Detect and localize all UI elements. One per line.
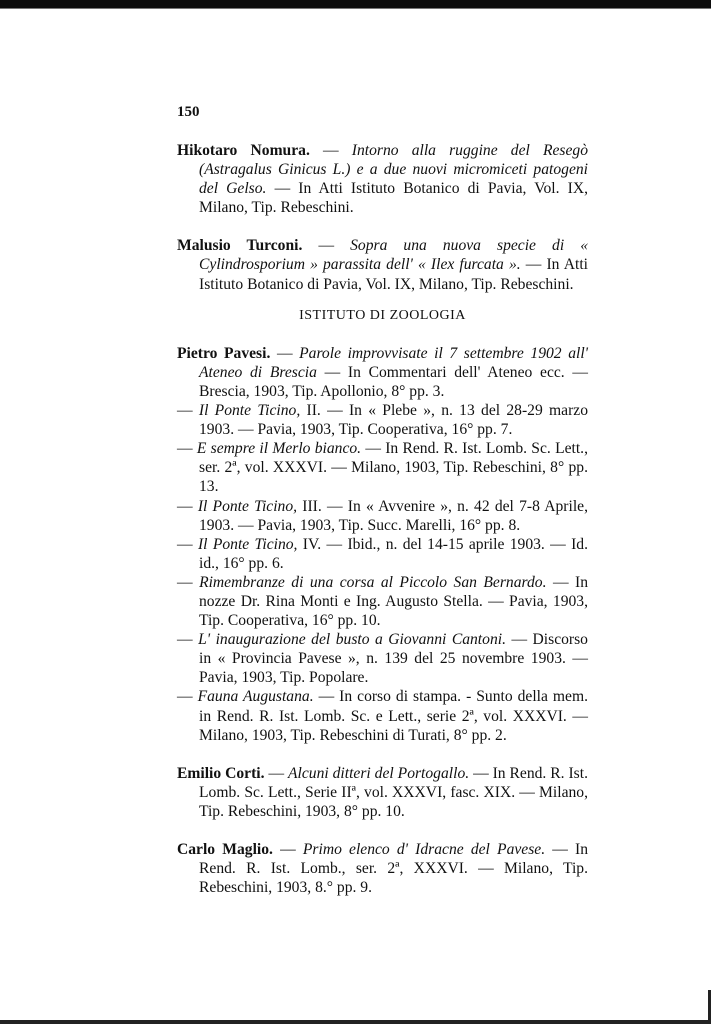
bibliography-entry: Emilio Corti. — Alcuni ditteri del Porto…	[177, 764, 588, 821]
entry-author: Hikotaro Nomura.	[177, 142, 310, 159]
entry-title: Fauna Augustana.	[198, 688, 314, 705]
entry-author: Malusio Turconi.	[177, 237, 302, 254]
entry-title: E sempre il Merlo bianco.	[197, 440, 361, 457]
bibliography-subentry: — L' inaugurazione del busto a Giovanni …	[177, 630, 588, 687]
entry-title: Il Ponte Ticino,	[198, 498, 297, 515]
scan-bottom-border	[0, 1020, 711, 1024]
entry-title: Primo elenco d' Idracne del Pavese.	[303, 841, 545, 858]
bibliography-subentry: — Il Ponte Ticino, II. — In « Plebe », n…	[177, 401, 588, 439]
bibliography-entry: Hikotaro Nomura. — Intorno alla ruggine …	[177, 141, 588, 217]
scan-top-border	[0, 0, 711, 8]
bibliography-entry: Carlo Maglio. — Primo elenco d' Idracne …	[177, 840, 588, 897]
bibliography-subentry: — Fauna Augustana. — In corso di stampa.…	[177, 687, 588, 744]
section-heading: ISTITUTO DI ZOOLOGIA	[177, 306, 588, 325]
entry-author: Carlo Maglio.	[177, 841, 273, 858]
entry-title: Rimembranze di una corsa al Piccolo San …	[199, 574, 546, 591]
page-number: 150	[177, 104, 200, 121]
entry-title: Alcuni ditteri del Portogallo.	[288, 765, 469, 782]
bibliography-subentry: — Il Ponte Ticino, III. — In « Avvenire …	[177, 497, 588, 535]
entry-author: Emilio Corti.	[177, 765, 265, 782]
entry-author: Pietro Pavesi.	[177, 345, 270, 362]
bibliography-subentry: — Rimembranze di una corsa al Piccolo Sa…	[177, 573, 588, 630]
scan-top-border-line	[0, 8, 711, 9]
bibliography-subentry: — E sempre il Merlo bianco. — In Rend. R…	[177, 439, 588, 496]
entry-title: Il Ponte Ticino,	[199, 402, 300, 419]
bibliography-subentry: — Il Ponte Ticino, IV. — Ibid., n. del 1…	[177, 535, 588, 573]
page-body: Hikotaro Nomura. — Intorno alla ruggine …	[177, 141, 588, 897]
entry-title: L' inaugurazione del busto a Giovanni Ca…	[198, 631, 506, 648]
bibliography-entry: Pietro Pavesi. — Parole improvvisate il …	[177, 344, 588, 401]
bibliography-entry: Malusio Turconi. — Sopra una nuova speci…	[177, 236, 588, 293]
entry-title: Il Ponte Ticino,	[198, 536, 298, 553]
